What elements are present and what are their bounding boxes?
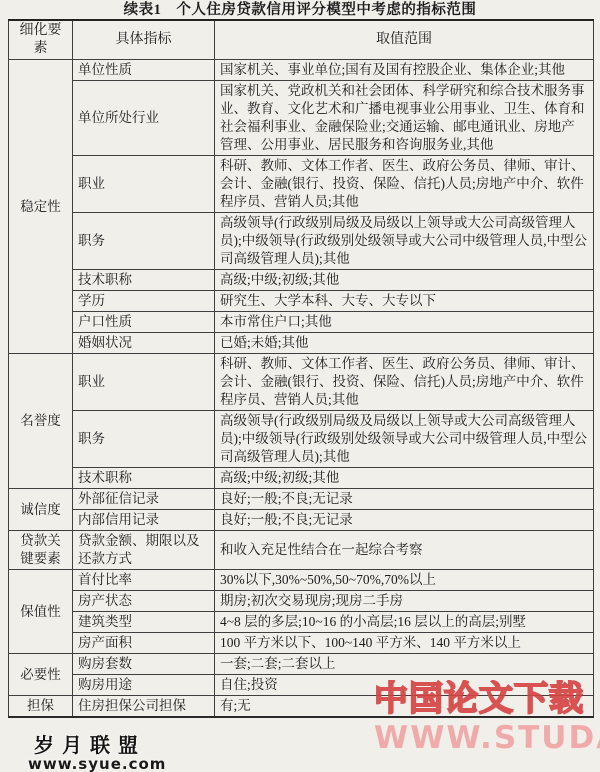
factor-cell: 诚信度 — [9, 489, 73, 531]
indicator-cell: 购房套数 — [73, 654, 215, 675]
table-row: 内部信用记录良好;一般;不良;无记录 — [9, 510, 594, 531]
table-title: 续表1 个人住房贷款信用评分模型中考虑的指标范围 — [0, 0, 600, 18]
factor-cell: 担保 — [9, 696, 73, 718]
range-cell: 自住;投资 — [215, 675, 594, 696]
table-header: 细化要素 具体指标 取值范围 — [9, 20, 594, 60]
watermark-syue-name: 岁月联盟 — [34, 729, 166, 758]
table-row: 稳定性单位性质国家机关、事业单位;国有及国有控股企业、集体企业;其他 — [9, 60, 594, 81]
table-row: 诚信度外部征信记录良好;一般;不良;无记录 — [9, 489, 594, 510]
table-row: 购房用途自住;投资 — [9, 675, 594, 696]
range-cell: 高级;中级;初级;其他 — [215, 468, 594, 489]
range-cell: 4~8 层的多层;10~16 的小高层;16 层以上的高层;别墅 — [215, 612, 594, 633]
range-cell: 已婚;未婚;其他 — [215, 333, 594, 354]
indicator-cell: 房产状态 — [73, 591, 215, 612]
watermark-syue: 岁月联盟 www.syue.com — [34, 729, 166, 772]
indicator-cell: 单位性质 — [73, 60, 215, 81]
watermark-studa-en: WWW.STUDA. — [374, 721, 600, 755]
table-row: 保值性首付比率30%以下,30%~50%,50~70%,70%以上 — [9, 570, 594, 591]
table-row: 户口性质本市常住户口;其他 — [9, 312, 594, 333]
indicator-cell: 婚姻状况 — [73, 333, 215, 354]
col-header-factor: 细化要素 — [9, 20, 73, 60]
range-cell: 本市常住户口;其他 — [215, 312, 594, 333]
factor-cell: 贷款关键要素 — [9, 531, 73, 570]
indicator-cell: 职务 — [73, 213, 215, 270]
document-page: 续表1 个人住房贷款信用评分模型中考虑的指标范围 细化要素 具体指标 取值范围 … — [0, 0, 600, 772]
indicator-cell: 内部信用记录 — [73, 510, 215, 531]
range-cell: 有;无 — [215, 696, 594, 718]
range-cell: 科研、教师、文体工作者、医生、政府公务员、律师、审计、会计、金融(银行、投资、保… — [215, 156, 594, 213]
indicator-cell: 职务 — [73, 411, 215, 468]
range-cell: 研究生、大学本科、大专、大专以下 — [215, 291, 594, 312]
indicator-cell: 职业 — [73, 354, 215, 411]
table-row: 担保住房担保公司担保有;无 — [9, 696, 594, 718]
indicator-table: 细化要素 具体指标 取值范围 稳定性单位性质国家机关、事业单位;国有及国有控股企… — [8, 19, 594, 718]
indicator-cell: 学历 — [73, 291, 215, 312]
factor-cell: 名誉度 — [9, 354, 73, 489]
indicator-cell: 技术职称 — [73, 270, 215, 291]
indicator-cell: 技术职称 — [73, 468, 215, 489]
table-row: 学历研究生、大学本科、大专、大专以下 — [9, 291, 594, 312]
range-cell: 科研、教师、文体工作者、医生、政府公务员、律师、审计、会计、金融(银行、投资、保… — [215, 354, 594, 411]
table-row: 房产状态期房;初次交易现房;现房二手房 — [9, 591, 594, 612]
table-body: 稳定性单位性质国家机关、事业单位;国有及国有控股企业、集体企业;其他单位所处行业… — [9, 60, 594, 718]
table-row: 职务高级领导(行政级别局级及局级以上领导或大公司高级管理人员);中级领导(行政级… — [9, 213, 594, 270]
header-row: 细化要素 具体指标 取值范围 — [9, 20, 594, 60]
range-cell: 期房;初次交易现房;现房二手房 — [215, 591, 594, 612]
range-cell: 100 平方米以下、100~140 平方米、140 平方米以上 — [215, 633, 594, 654]
range-cell: 一套;二套;二套以上 — [215, 654, 594, 675]
range-cell: 国家机关、党政机关和社会团体、科学研究和综合技术服务事业、教育、文化艺术和广播电… — [215, 81, 594, 156]
table-row: 技术职称高级;中级;初级;其他 — [9, 468, 594, 489]
range-cell: 30%以下,30%~50%,50~70%,70%以上 — [215, 570, 594, 591]
indicator-cell: 购房用途 — [73, 675, 215, 696]
range-cell: 良好;一般;不良;无记录 — [215, 510, 594, 531]
indicator-cell: 建筑类型 — [73, 612, 215, 633]
col-header-indicator: 具体指标 — [73, 20, 215, 60]
factor-cell: 保值性 — [9, 570, 73, 654]
indicator-cell: 外部征信记录 — [73, 489, 215, 510]
factor-cell: 稳定性 — [9, 60, 73, 354]
range-cell: 高级;中级;初级;其他 — [215, 270, 594, 291]
indicator-cell: 房产面积 — [73, 633, 215, 654]
range-cell: 国家机关、事业单位;国有及国有控股企业、集体企业;其他 — [215, 60, 594, 81]
table-row: 单位所处行业国家机关、党政机关和社会团体、科学研究和综合技术服务事业、教育、文化… — [9, 81, 594, 156]
range-cell: 和收入充足性结合在一起综合考察 — [215, 531, 594, 570]
table-row: 婚姻状况已婚;未婚;其他 — [9, 333, 594, 354]
range-cell: 良好;一般;不良;无记录 — [215, 489, 594, 510]
indicator-cell: 户口性质 — [73, 312, 215, 333]
table-row: 建筑类型4~8 层的多层;10~16 的小高层;16 层以上的高层;别墅 — [9, 612, 594, 633]
range-cell: 高级领导(行政级别局级及局级以上领导或大公司高级管理人员);中级领导(行政级别处… — [215, 411, 594, 468]
table-row: 必要性购房套数一套;二套;二套以上 — [9, 654, 594, 675]
range-cell: 高级领导(行政级别局级及局级以上领导或大公司高级管理人员);中级领导(行政级别处… — [215, 213, 594, 270]
factor-cell: 必要性 — [9, 654, 73, 696]
indicator-cell: 首付比率 — [73, 570, 215, 591]
watermark-syue-url: www.syue.com — [28, 755, 166, 772]
indicator-cell: 贷款金额、期限以及还款方式 — [73, 531, 215, 570]
indicator-cell: 单位所处行业 — [73, 81, 215, 156]
indicator-cell: 职业 — [73, 156, 215, 213]
table-row: 职务高级领导(行政级别局级及局级以上领导或大公司高级管理人员);中级领导(行政级… — [9, 411, 594, 468]
table-row: 名誉度职业科研、教师、文体工作者、医生、政府公务员、律师、审计、会计、金融(银行… — [9, 354, 594, 411]
table-row: 职业科研、教师、文体工作者、医生、政府公务员、律师、审计、会计、金融(银行、投资… — [9, 156, 594, 213]
col-header-range: 取值范围 — [215, 20, 594, 60]
table-row: 技术职称高级;中级;初级;其他 — [9, 270, 594, 291]
table-row: 贷款关键要素贷款金额、期限以及还款方式和收入充足性结合在一起综合考察 — [9, 531, 594, 570]
table-row: 房产面积100 平方米以下、100~140 平方米、140 平方米以上 — [9, 633, 594, 654]
indicator-cell: 住房担保公司担保 — [73, 696, 215, 718]
